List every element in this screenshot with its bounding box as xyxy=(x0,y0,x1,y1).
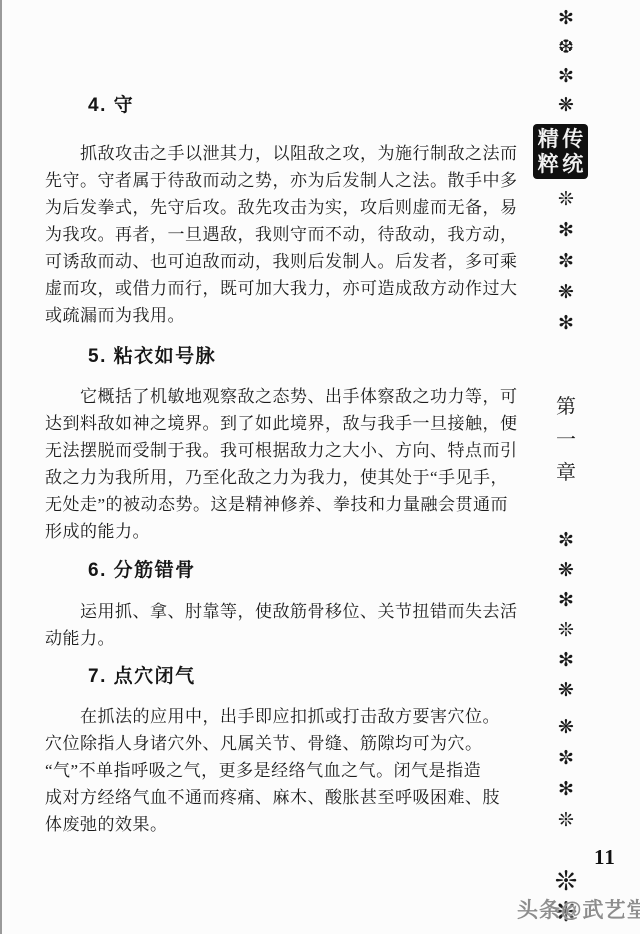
text-line: 形成的能力。 xyxy=(45,518,525,545)
text-line: 为后发拳式，先守后攻。敌先攻击为实，攻后则虚而无备，易 xyxy=(45,194,525,221)
section-heading: 4. 守 xyxy=(88,94,525,118)
chapter-character: 章 xyxy=(556,457,576,490)
watermark: 头条@武艺堂 xyxy=(517,894,640,924)
text-line: 或疏漏而为我用。 xyxy=(45,302,525,329)
seal-character: 统 xyxy=(562,153,583,175)
seal-character: 传 xyxy=(562,128,583,150)
floral-ornament-icon: ❊ ✻ ✼ ❋ ✻ xyxy=(540,184,592,339)
floral-ornament-icon: ✻ ❆ ✼ ❋ xyxy=(540,4,592,120)
chapter-character: 第 xyxy=(556,391,576,424)
text-line: 可诱敌而动、也可迫敌而动，我则后发制人。后发者，多可乘 xyxy=(45,248,525,275)
text-line: 动能力。 xyxy=(45,625,525,652)
seal-character: 粹 xyxy=(538,153,559,175)
text-line: 运用抓、拿、肘靠等，使敌筋骨移位、关节扭错而失去活 xyxy=(45,598,525,625)
floral-ornament-icon: ✼ ❋ ✻ ❊ ✻ ❋ xyxy=(540,526,592,706)
text-line: 在抓法的应用中，出手即应扣抓或打击敌方要害穴位。 xyxy=(45,703,525,730)
text-line: 穴位除指人身诸穴外、凡属关节、骨缝、筋隙均可为穴。 xyxy=(45,730,525,757)
section-heading: 6. 分筋错骨 xyxy=(88,559,525,583)
text-line: 虚而攻，或借力而行，既可加大我力，亦可造成敌方动作过大 xyxy=(45,275,525,302)
chapter-marker: 第 一 章 xyxy=(545,391,587,490)
book-page: 4. 守 抓敌攻击之手以泄其力，以阻敌之攻，为施行制敌之法而 先守。守者属于待敌… xyxy=(0,0,640,934)
text-line: 敌之力为我所用，乃至化敌之力为我力，使其处于“手见手， xyxy=(45,464,525,491)
page-left-edge-line xyxy=(0,0,2,934)
text-line: 它概括了机敏地观察敌之态势、出手体察敌之功力等，可 xyxy=(45,383,525,410)
seal-stamp: 精 传 粹 统 xyxy=(533,124,588,179)
text-line: 成对方经络气血不通而疼痛、麻木、酸胀甚至呼吸困难、肢 xyxy=(45,784,525,811)
text-line: “气”不单指呼吸之气，更多是经络气血之气。闭气是指造 xyxy=(45,757,525,784)
text-line: 体废弛的效果。 xyxy=(45,811,525,838)
section-heading: 7. 点穴闭气 xyxy=(88,665,525,689)
text-line: 无处走”的被动态势。这是精神修养、拳技和力量融会贯通而 xyxy=(45,491,525,518)
text-line: 为我攻。再者，一旦遇敌，我则守而不动，待敌动，我方动， xyxy=(45,221,525,248)
chapter-character: 一 xyxy=(556,424,576,457)
text-line: 先守。守者属于待敌而动之势，亦为后发制人之法。散手中多 xyxy=(45,167,525,194)
text-line: 抓敌攻击之手以泄其力，以阻敌之攻，为施行制敌之法而 xyxy=(45,140,525,167)
text-line: 无法摆脱而受制于我。我可根据敌力之大小、方向、特点而引 xyxy=(45,437,525,464)
main-text-column: 4. 守 抓敌攻击之手以泄其力，以阻敌之攻，为施行制敌之法而 先守。守者属于待敌… xyxy=(45,0,525,838)
page-number: 11 xyxy=(594,845,634,870)
seal-character: 精 xyxy=(538,128,559,150)
section-heading: 5. 粘衣如号脉 xyxy=(88,345,525,369)
floral-ornament-icon: ❋ ✼ ✻ ❊ xyxy=(540,712,592,836)
text-line: 达到料敌如神之境界。到了如此境界，敌与我手一旦接触，便 xyxy=(45,410,525,437)
